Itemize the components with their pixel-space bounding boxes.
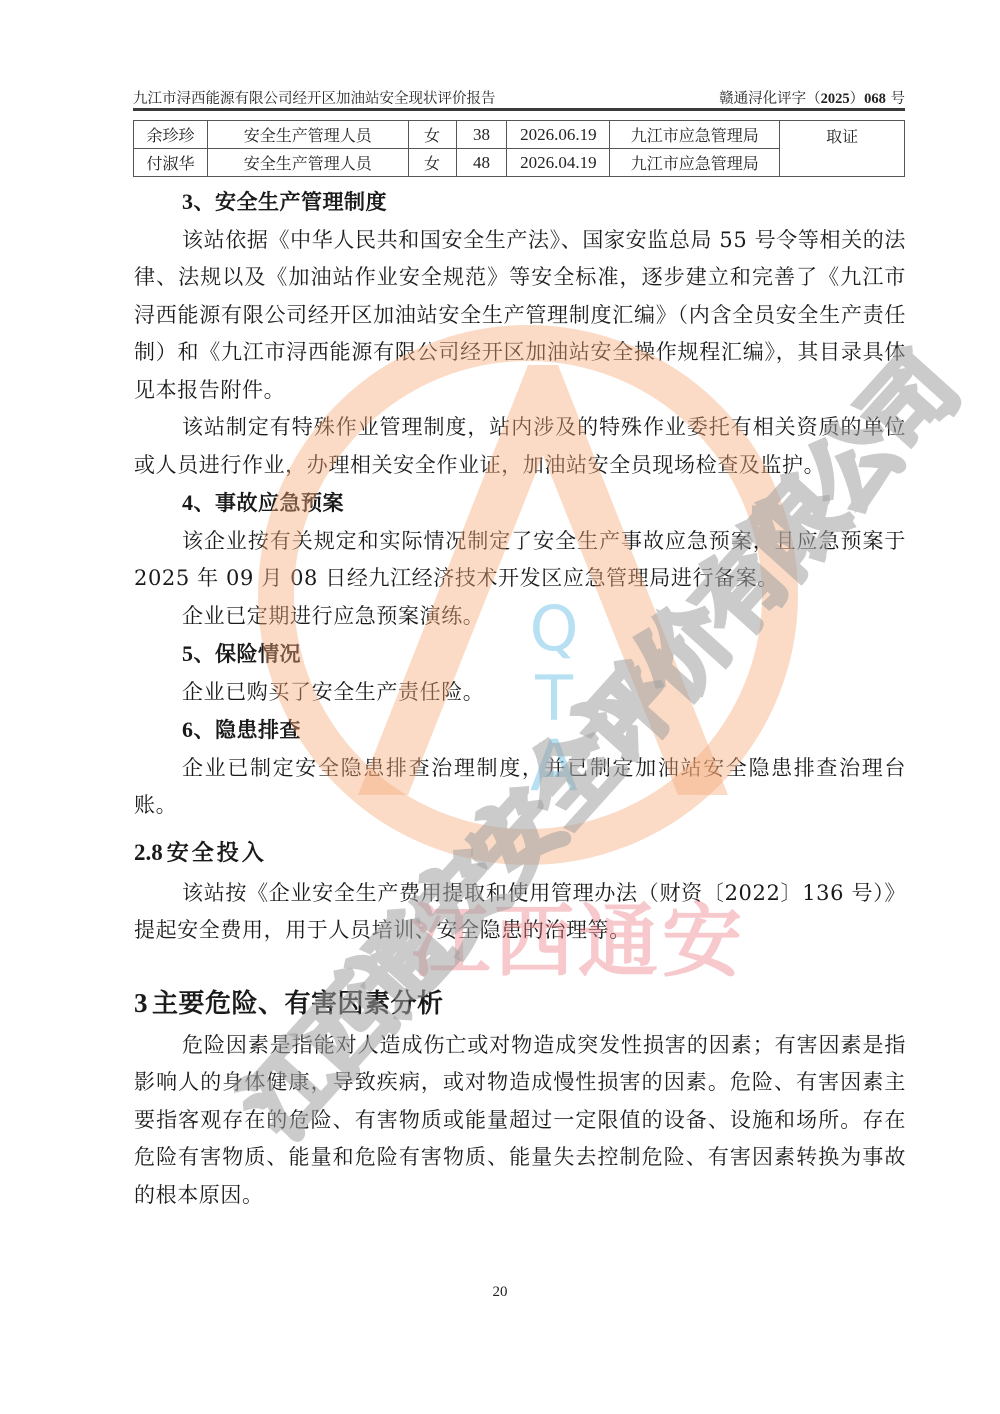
heading-text: 、安全生产管理制度 <box>194 190 388 214</box>
heading-text: 、保险情况 <box>194 642 302 666</box>
heading-hazard-inspection: 6、隐患排查 <box>134 711 906 750</box>
header-rule <box>133 108 905 111</box>
doc-number-seq: 068 <box>864 91 886 107</box>
doc-number-mid: ） <box>850 91 865 107</box>
heading-number: 2.8 <box>134 840 163 865</box>
doc-number-prefix: 赣通浔化评字（ <box>719 91 821 107</box>
body-content: 3、安全生产管理制度 该站依据《中华人民共和国安全生产法》、国家安监总局 55 … <box>134 183 906 1214</box>
heading-text: 、隐患排查 <box>194 718 302 742</box>
paragraph: 该站按《企业安全生产费用提取和使用管理办法（财资〔2022〕136 号）》提起安… <box>134 875 906 950</box>
cell-role: 安全生产管理人员 <box>207 121 408 149</box>
cell-issuer: 九江市应急管理局 <box>610 149 780 177</box>
paragraph: 危险因素是指能对人造成伤亡或对物造成突发性损害的因素；有害因素是指影响人的身体健… <box>134 1027 906 1215</box>
page-number: 20 <box>0 1284 1000 1301</box>
cell-gender: 女 <box>408 121 456 149</box>
personnel-table: 余珍珍 安全生产管理人员 女 38 2026.06.19 九江市应急管理局 取证… <box>133 120 905 177</box>
heading-number: 3 <box>134 988 148 1018</box>
heading-hazard-analysis: 3主要危险、有害因素分析 <box>134 980 906 1027</box>
document-number: 赣通浔化评字（2025）068 号 <box>719 87 905 108</box>
cell-age: 38 <box>456 121 507 149</box>
heading-number: 5 <box>182 641 194 666</box>
doc-number-year: 2025 <box>821 91 850 107</box>
report-title: 九江市浔西能源有限公司经开区加油站安全现状评价报告 <box>133 87 496 108</box>
heading-text: 安全投入 <box>167 840 267 866</box>
heading-insurance: 5、保险情况 <box>134 635 906 674</box>
paragraph: 企业已定期进行应急预案演练。 <box>134 598 906 636</box>
heading-safety-investment: 2.8安全投入 <box>134 833 906 873</box>
cell-age: 48 <box>456 149 507 177</box>
heading-number: 3 <box>182 189 194 214</box>
document-page: 九江市浔西能源有限公司经开区加油站安全现状评价报告 赣通浔化评字（2025）06… <box>0 0 1000 1414</box>
paragraph: 企业已购买了安全生产责任险。 <box>134 674 906 712</box>
table-row: 余珍珍 安全生产管理人员 女 38 2026.06.19 九江市应急管理局 取证 <box>134 121 905 149</box>
cell-issuer: 九江市应急管理局 <box>610 121 780 149</box>
cell-gender: 女 <box>408 149 456 177</box>
heading-text: 、事故应急预案 <box>194 491 345 515</box>
heading-text: 主要危险、有害因素分析 <box>152 989 444 1019</box>
cell-remark: 取证 <box>780 121 905 177</box>
paragraph: 该站依据《中华人民共和国安全生产法》、国家安监总局 55 号令等相关的法律、法规… <box>134 222 906 410</box>
heading-number: 6 <box>182 717 194 742</box>
cell-valid-until: 2026.04.19 <box>507 149 610 177</box>
running-header: 九江市浔西能源有限公司经开区加油站安全现状评价报告 赣通浔化评字（2025）06… <box>133 86 905 108</box>
heading-number: 4 <box>182 490 194 515</box>
heading-safety-management-system: 3、安全生产管理制度 <box>134 183 906 222</box>
cell-role: 安全生产管理人员 <box>207 149 408 177</box>
doc-number-suffix: 号 <box>886 91 905 107</box>
cell-name: 付淑华 <box>134 149 208 177</box>
cell-name: 余珍珍 <box>134 121 208 149</box>
cell-valid-until: 2026.06.19 <box>507 121 610 149</box>
paragraph: 该企业按有关规定和实际情况制定了安全生产事故应急预案，且应急预案于 2025 年… <box>134 523 906 598</box>
heading-emergency-plan: 4、事故应急预案 <box>134 484 906 523</box>
paragraph: 该站制定有特殊作业管理制度，站内涉及的特殊作业委托有相关资质的单位或人员进行作业… <box>134 409 906 484</box>
paragraph: 企业已制定安全隐患排查治理制度，并已制定加油站安全隐患排查治理台账。 <box>134 750 906 825</box>
